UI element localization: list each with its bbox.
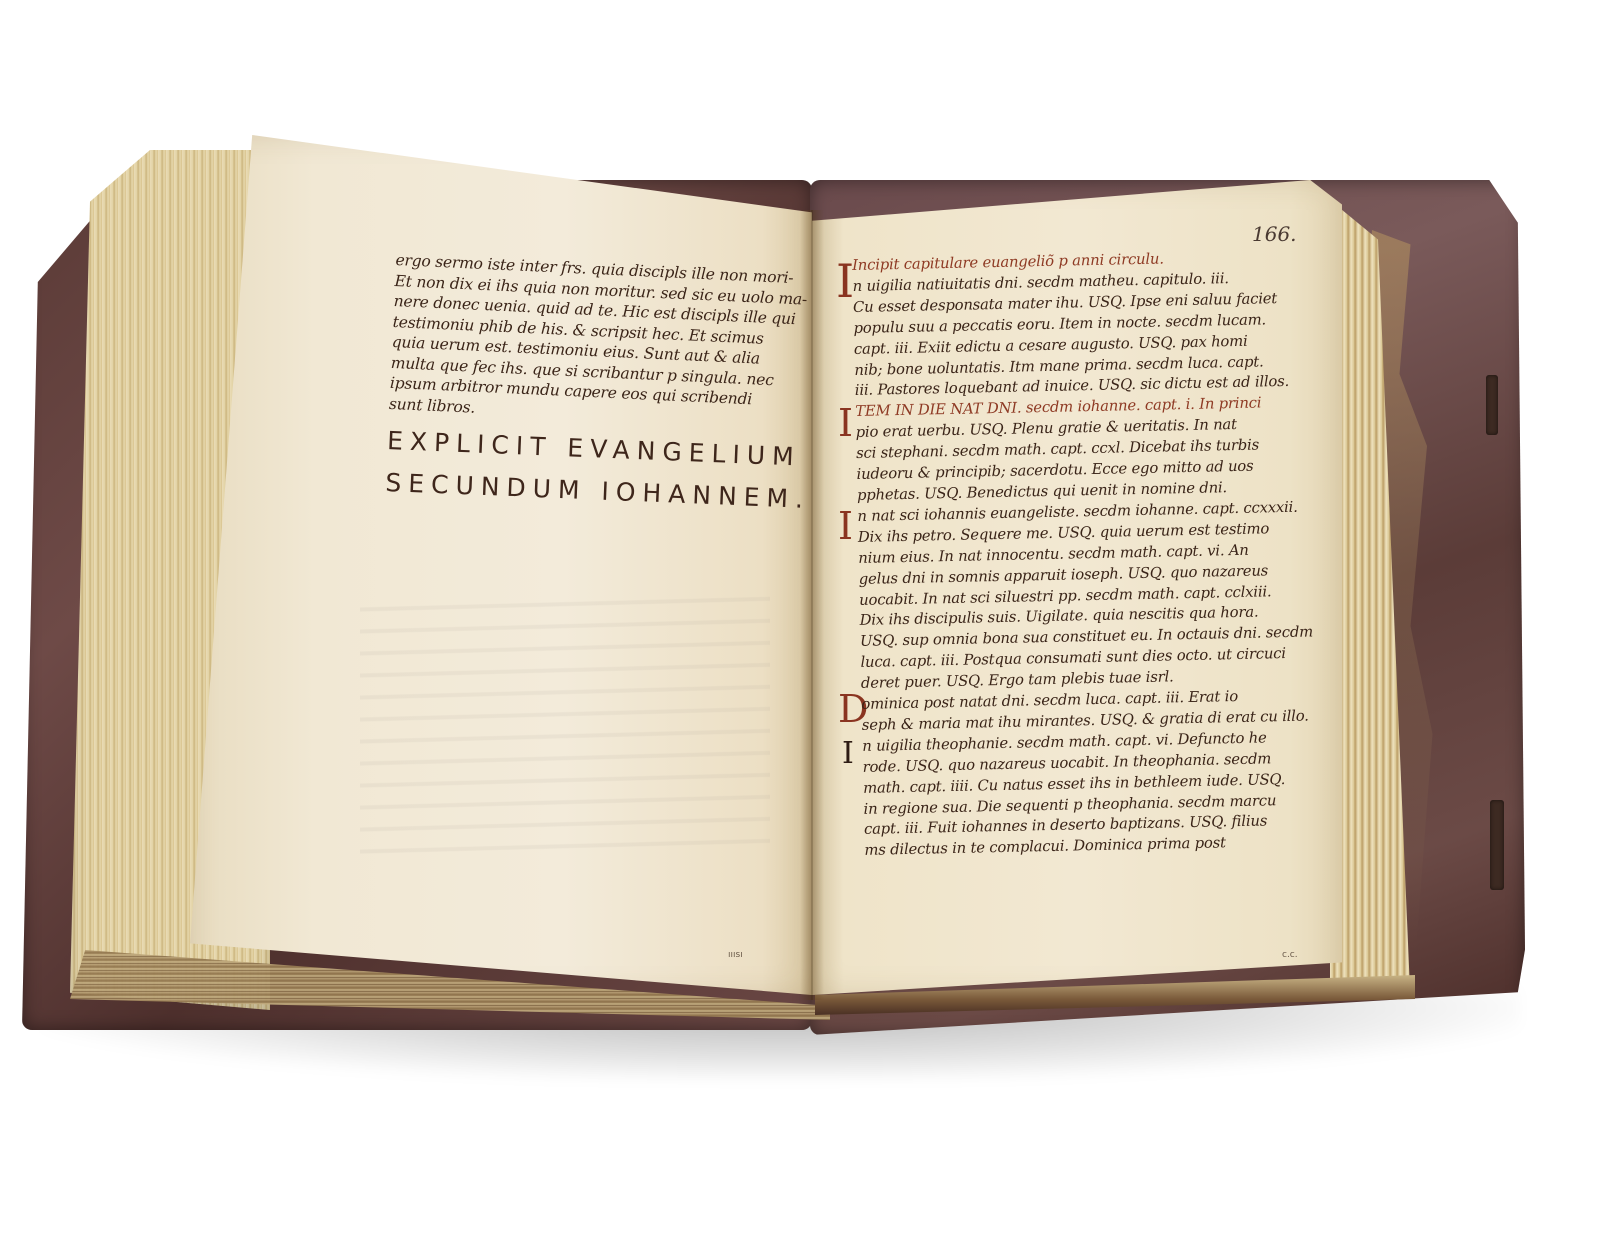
left-page-text: ergo sermo iste inter frs. quia discipls… [389, 250, 786, 432]
gutter [800, 210, 824, 1000]
clasp-icon [1490, 800, 1504, 890]
left-footer-mark: ııısı [728, 950, 743, 960]
folio-number: 166. [1252, 222, 1297, 246]
rubric-initial: I [838, 404, 853, 442]
rubric-initial: I [838, 507, 853, 545]
clasp-icon [1486, 375, 1498, 435]
explicit-heading: EXPLICIT EVANGELIUM SECUNDUM IOHANNEM. [385, 420, 813, 521]
manuscript-photo: ergo sermo iste inter frs. quia discipls… [0, 0, 1600, 1239]
right-footer-mark: c.c. [1282, 950, 1298, 960]
right-page-text: Incipit capitulare euangeliõ p anni cir… [852, 247, 1275, 862]
ink-show-through [360, 590, 770, 860]
black-initial: I [842, 735, 854, 773]
